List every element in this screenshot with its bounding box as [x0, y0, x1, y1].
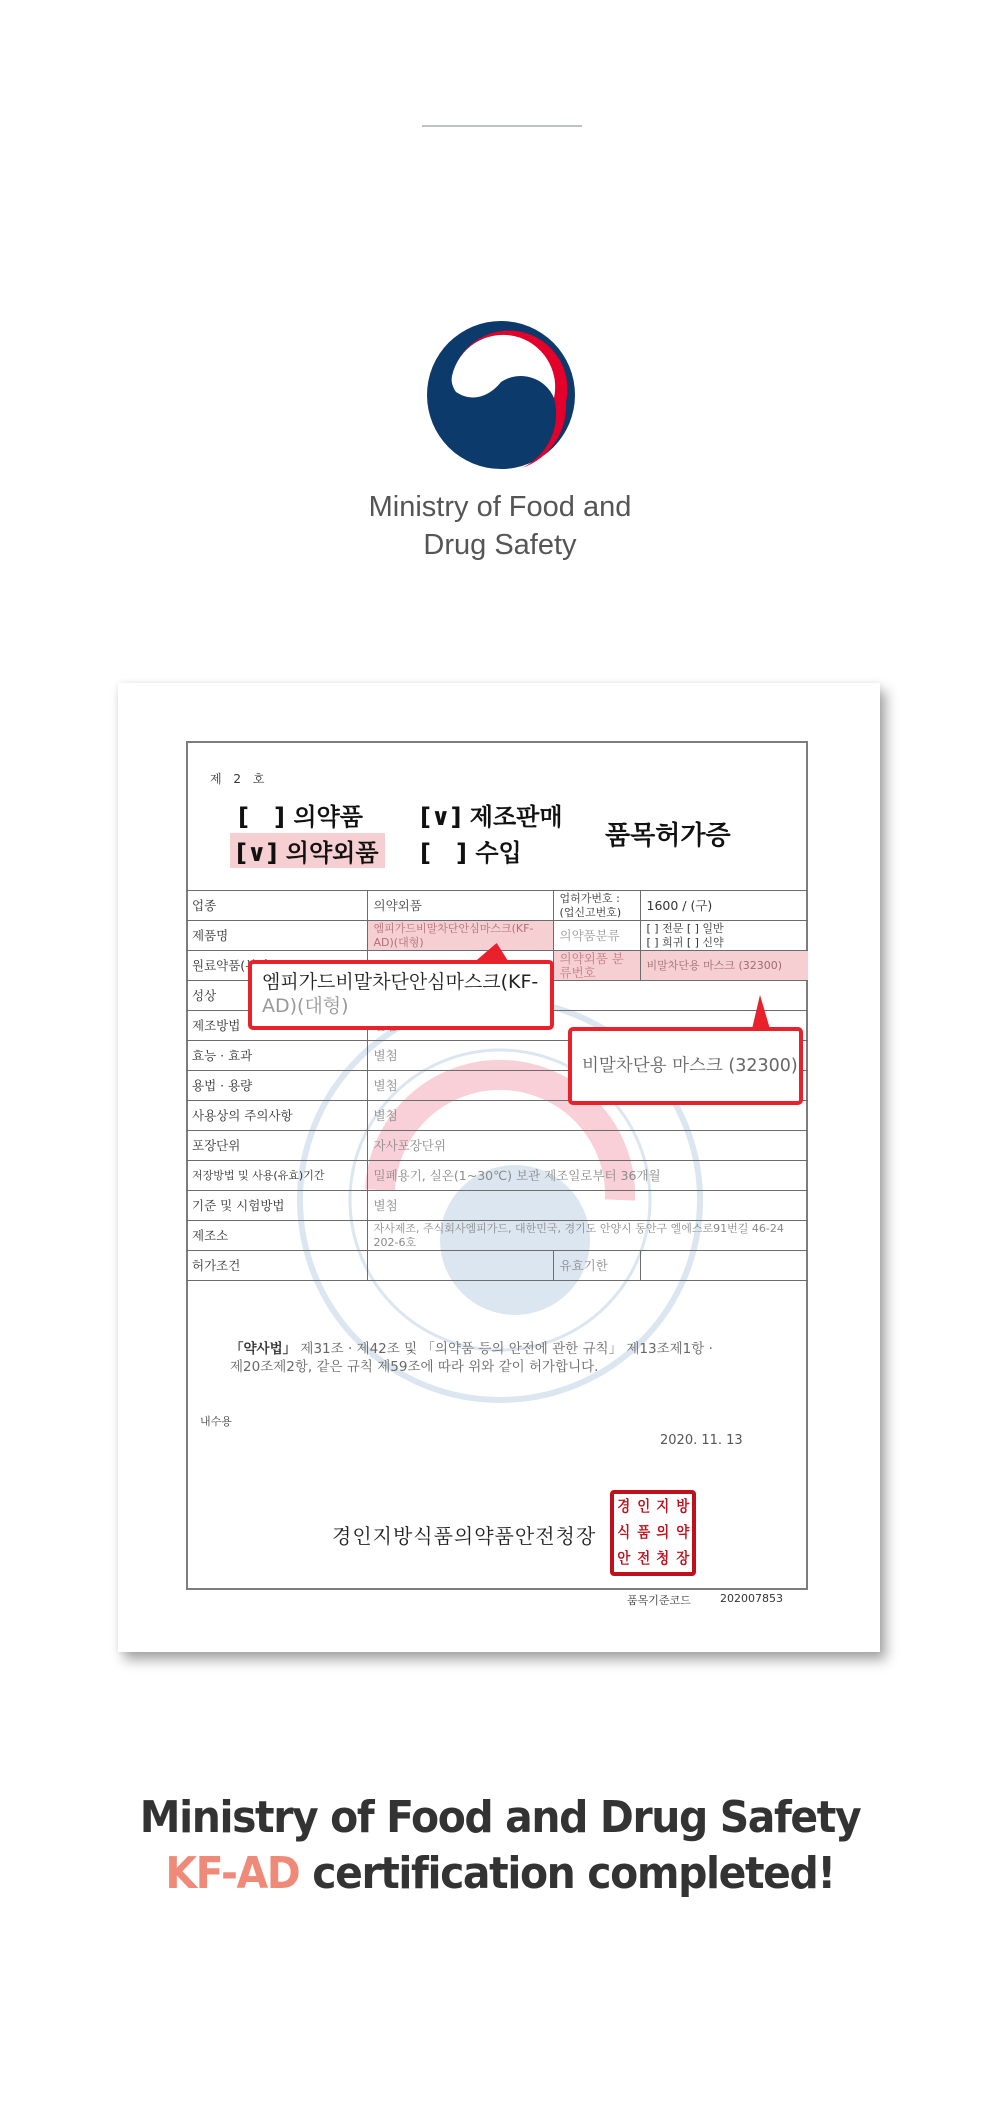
- government-emblem-icon: [426, 320, 576, 470]
- ministry-name-line1: Ministry of Food and: [300, 488, 700, 526]
- drug-class-value: [ ] 전문 [ ] 일반 [ ] 희귀 [ ] 신약: [640, 921, 808, 951]
- headline-line1: Ministry of Food and Drug Safety: [72, 1790, 928, 1846]
- ministry-name-line2: Drug Safety: [300, 526, 700, 564]
- issuer-name: 경인지방식품의약품안전청장: [332, 1520, 596, 1549]
- storage-label: 저장방법 및 사용(유효)기간: [186, 1161, 367, 1191]
- manufacturer-value: 자사제조, 주식회사엠피가드, 대한민국, 경기도 안양시 동안구 엘에스로91…: [367, 1221, 808, 1251]
- caution-label: 사용상의 주의사항: [186, 1101, 367, 1131]
- product-code-value: 202007853: [720, 1592, 783, 1605]
- checkbox-manufacture-sale: [∨] 제조판매: [420, 797, 563, 832]
- quasi-class-callout: 비말차단용 마스크 (32300): [568, 1027, 803, 1105]
- seal-char: 전: [634, 1546, 652, 1572]
- headline-line2-text: certification completed!: [299, 1848, 834, 1899]
- dosage-label: 용법 · 용량: [186, 1071, 367, 1101]
- form-number: 제 2 호: [210, 770, 268, 787]
- condition-value: [367, 1251, 553, 1281]
- decree-text: 「약사법」 제31조 · 제42조 및 「의약품 등의 안전에 관한 규칙」 제…: [230, 1340, 770, 1376]
- manufacturer-label: 제조소: [186, 1221, 367, 1251]
- certificate-title: 품목허가증: [605, 815, 731, 852]
- seal-char: 의: [654, 1520, 672, 1546]
- license-no-label: 업허가번호 : (업신고번호): [553, 891, 640, 921]
- seal-char: 품: [634, 1520, 652, 1546]
- seal-char: 장: [673, 1546, 691, 1572]
- headline-line2: KF-AD certification completed!: [72, 1846, 928, 1902]
- domestic-use-label: 내수용: [200, 1413, 232, 1429]
- drug-class-label: 의약품분류: [553, 921, 640, 951]
- seal-char: 약: [673, 1520, 691, 1546]
- table-row: 허가조건 유효기한: [186, 1251, 808, 1281]
- checkbox-quasi-drug: [∨] 의약외품: [230, 833, 385, 868]
- decree-line1: 제31조 · 제42조 및 「의약품 등의 안전에 관한 규칙」 제13조제1항…: [296, 1341, 713, 1357]
- callout-pointer: [752, 995, 770, 1029]
- seal-char: 안: [615, 1546, 633, 1572]
- business-type-value: 의약외품: [367, 891, 553, 921]
- seal-char: 인: [634, 1494, 652, 1520]
- table-row: 기준 및 시험방법 별첨: [186, 1191, 808, 1221]
- business-type-label: 업종: [186, 891, 367, 921]
- standard-value: 별첨: [367, 1191, 808, 1221]
- drug-class-line2: [ ] 희귀 [ ] 신약: [647, 936, 803, 950]
- packaging-label: 포장단위: [186, 1131, 367, 1161]
- table-row: 사용상의 주의사항 별첨: [186, 1101, 808, 1131]
- official-seal-icon: 경인지방식품의약안전청장: [610, 1490, 696, 1576]
- checkbox-import: [ ] 수입: [420, 833, 522, 868]
- product-name-label: 제품명: [186, 921, 367, 951]
- table-row: 포장단위 자사포장단위: [186, 1131, 808, 1161]
- callout-product-sub: AD)(대형): [262, 994, 540, 1018]
- drug-class-line1: [ ] 전문 [ ] 일반: [647, 922, 803, 936]
- table-row: 제조소 자사제조, 주식회사엠피가드, 대한민국, 경기도 안양시 동안구 엘에…: [186, 1221, 808, 1251]
- decree-law-name: 「약사법」: [230, 1341, 296, 1357]
- certification-headline: Ministry of Food and Drug Safety KF-AD c…: [72, 1790, 928, 1902]
- product-name-value: 엠피가드비말차단안심마스크(KF-AD)(대형): [367, 921, 553, 951]
- table-row: 저장방법 및 사용(유효)기간 밀폐용기, 실온(1~30℃) 보관 제조일로부…: [186, 1161, 808, 1191]
- condition-label: 허가조건: [186, 1251, 367, 1281]
- standard-label: 기준 및 시험방법: [186, 1191, 367, 1221]
- quasi-class-label: 의약외품 분류번호: [553, 951, 640, 981]
- seal-char: 식: [615, 1520, 633, 1546]
- issue-date: 2020. 11. 13: [660, 1433, 743, 1448]
- product-name-callout: 엠피가드비말차단안심마스크(KF- AD)(대형): [248, 960, 554, 1030]
- license-no-value: 1600 / (구): [640, 891, 808, 921]
- seal-char: 방: [673, 1494, 691, 1520]
- checkbox-pharma: [ ] 의약품: [238, 797, 363, 832]
- efficacy-label: 효능 · 효과: [186, 1041, 367, 1071]
- storage-value: 밀폐용기, 실온(1~30℃) 보관 제조일로부터 36개월: [367, 1161, 808, 1191]
- seal-char: 경: [615, 1494, 633, 1520]
- packaging-value: 자사포장단위: [367, 1131, 808, 1161]
- seal-char: 지: [654, 1494, 672, 1520]
- top-divider: [422, 125, 582, 127]
- expiry-label: 유효기한: [553, 1251, 640, 1281]
- headline-accent: KF-AD: [165, 1848, 299, 1899]
- ministry-name: Ministry of Food and Drug Safety: [300, 488, 700, 564]
- product-code-label: 품목기준코드: [627, 1592, 691, 1608]
- table-row: 업종 의약외품 업허가번호 : (업신고번호) 1600 / (구): [186, 891, 808, 921]
- caution-value: 별첨: [367, 1101, 808, 1131]
- callout-product-main: 엠피가드비말차단안심마스크(KF-: [262, 970, 540, 994]
- quasi-class-value: 비말차단용 마스크 (32300): [640, 951, 808, 981]
- decree-line2: 제20조제2항, 같은 규칙 제59조에 따라 위와 같이 허가합니다.: [230, 1358, 770, 1376]
- expiry-value: [640, 1251, 808, 1281]
- seal-char: 청: [654, 1546, 672, 1572]
